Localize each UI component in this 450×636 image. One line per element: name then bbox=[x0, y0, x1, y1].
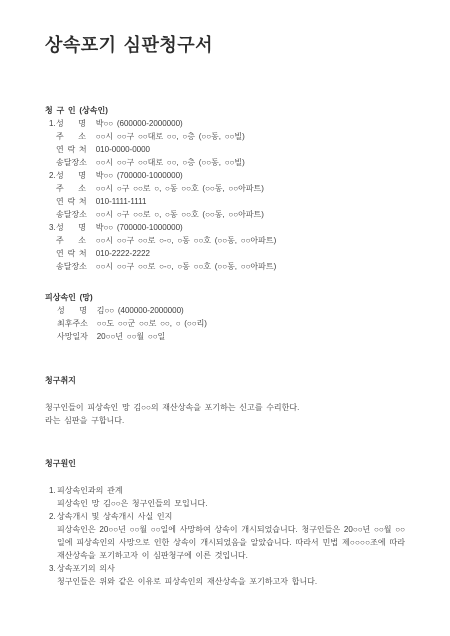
cause-item-1: 1. 피상속인과의 관계 피상속인 망 김○○은 청구인들의 모입니다. bbox=[45, 484, 405, 510]
cause-item-2-number: 2. bbox=[49, 510, 56, 523]
cause-item-2-body: 피상속인은 20○○년 ○○월 ○○일에 사망하여 상속이 개시되었습니다. 청… bbox=[57, 523, 405, 562]
purport-line-1: 청구인들이 피상속인 망 김○○의 재산상속을 포기하는 신고를 수리한다. bbox=[45, 401, 405, 414]
deceased-name-row: 성 명 김○○ (400000-2000000) bbox=[45, 304, 405, 317]
claimants-heading: 청 구 인 (상속인) bbox=[45, 104, 405, 117]
purport-line-2: 라는 심판을 구합니다. bbox=[45, 414, 405, 427]
cause-item-3-body: 청구인들은 위와 같은 이유로 피상속인의 재산상속을 포기하고자 합니다. bbox=[57, 575, 405, 588]
cause-section: 청구원인 1. 피상속인과의 관계 피상속인 망 김○○은 청구인들의 모입니다… bbox=[45, 457, 405, 588]
cause-item-1-number: 1. bbox=[49, 484, 56, 497]
phone-value: 010-2222-2222 bbox=[96, 249, 150, 258]
address-value: ○○시 ○구 ○○로 ○, ○동 ○○호 (○○동, ○○아파트) bbox=[96, 184, 264, 193]
name-label: 성 명 bbox=[56, 221, 86, 234]
claimant-1-address-row: 주 소 ○○시 ○○구 ○○대로 ○○, ○층 (○○동, ○○빌) bbox=[45, 130, 405, 143]
name-label: 성 명 bbox=[56, 169, 86, 182]
cause-item-1-title: 피상속인과의 관계 bbox=[57, 484, 405, 497]
address-label: 주 소 bbox=[56, 182, 86, 195]
service-address-value: ○○시 ○구 ○○로 ○, ○동 ○○호 (○○동, ○○아파트) bbox=[96, 210, 264, 219]
cause-item-3: 3. 상속포기의 의사 청구인들은 위와 같은 이유로 피상속인의 재산상속을 … bbox=[45, 562, 405, 588]
claimant-3-name-row: 3. 성 명 박○○ (700000-1000000) bbox=[45, 221, 405, 234]
phone-label: 연 락 처 bbox=[56, 247, 86, 260]
cause-item-3-title: 상속포기의 의사 bbox=[57, 562, 405, 575]
cause-item-1-body: 피상속인 망 김○○은 청구인들의 모입니다. bbox=[57, 497, 405, 510]
service-address-label: 송달장소 bbox=[56, 156, 86, 169]
service-address-label: 송달장소 bbox=[56, 208, 86, 221]
service-address-label: 송달장소 bbox=[56, 260, 86, 273]
claimant-2-service-address-row: 송달장소 ○○시 ○구 ○○로 ○, ○동 ○○호 (○○동, ○○아파트) bbox=[45, 208, 405, 221]
claimant-1: 1. 성 명 박○○ (600000-2000000) 주 소 ○○시 ○○구 … bbox=[45, 117, 405, 169]
document-title: 상속포기 심판청구서 bbox=[45, 0, 405, 57]
claimant-3-number: 3. bbox=[49, 221, 56, 234]
document-page: 상속포기 심판청구서 청 구 인 (상속인) 1. 성 명 박○○ (60000… bbox=[0, 0, 450, 636]
address-label: 주 소 bbox=[56, 130, 86, 143]
name-label: 성 명 bbox=[57, 304, 87, 317]
claimant-3-service-address-row: 송달장소 ○○시 ○○구 ○○로 ○-○, ○동 ○○호 (○○동, ○○아파트… bbox=[45, 260, 405, 273]
cause-item-2-title: 상속개시 및 상속개시 사실 인지 bbox=[57, 510, 405, 523]
deceased-section: 피상속인 (망) 성 명 김○○ (400000-2000000) 최후주소 ○… bbox=[45, 291, 405, 343]
phone-value: 010-0000-0000 bbox=[96, 145, 150, 154]
cause-item-2: 2. 상속개시 및 상속개시 사실 인지 피상속인은 20○○년 ○○월 ○○일… bbox=[45, 510, 405, 562]
claimant-1-number: 1. bbox=[49, 117, 56, 130]
cause-heading: 청구원인 bbox=[45, 457, 405, 470]
cause-items: 1. 피상속인과의 관계 피상속인 망 김○○은 청구인들의 모입니다. 2. … bbox=[45, 484, 405, 588]
phone-value: 010-1111-1111 bbox=[96, 197, 147, 206]
purport-paragraph: 청구인들이 피상속인 망 김○○의 재산상속을 포기하는 신고를 수리한다. 라… bbox=[45, 401, 405, 427]
claimant-2-address-row: 주 소 ○○시 ○구 ○○로 ○, ○동 ○○호 (○○동, ○○아파트) bbox=[45, 182, 405, 195]
claimants-section: 청 구 인 (상속인) 1. 성 명 박○○ (600000-2000000) … bbox=[45, 104, 405, 273]
service-address-value: ○○시 ○○구 ○○로 ○-○, ○동 ○○호 (○○동, ○○아파트) bbox=[96, 262, 277, 271]
deceased-last-address-row: 최후주소 ○○도 ○○군 ○○로 ○○, ○ (○○리) bbox=[45, 317, 405, 330]
death-date-value: 20○○년 ○○월 ○○일 bbox=[97, 332, 166, 341]
purport-heading: 청구취지 bbox=[45, 374, 405, 387]
phone-label: 연 락 처 bbox=[56, 143, 86, 156]
name-label: 성 명 bbox=[56, 117, 86, 130]
claimant-2-phone-row: 연 락 처 010-1111-1111 bbox=[45, 195, 405, 208]
name-value: 박○○ (700000-1000000) bbox=[96, 223, 183, 232]
purport-section: 청구취지 청구인들이 피상속인 망 김○○의 재산상속을 포기하는 신고를 수리… bbox=[45, 374, 405, 427]
claimant-1-phone-row: 연 락 처 010-0000-0000 bbox=[45, 143, 405, 156]
claimant-1-service-address-row: 송달장소 ○○시 ○○구 ○○대로 ○○, ○층 (○○동, ○○빌) bbox=[45, 156, 405, 169]
last-address-label: 최후주소 bbox=[57, 317, 87, 330]
deceased-heading: 피상속인 (망) bbox=[45, 291, 405, 304]
claimant-1-name-row: 1. 성 명 박○○ (600000-2000000) bbox=[45, 117, 405, 130]
address-label: 주 소 bbox=[56, 234, 86, 247]
last-address-value: ○○도 ○○군 ○○로 ○○, ○ (○○리) bbox=[97, 319, 207, 328]
claimant-3: 3. 성 명 박○○ (700000-1000000) 주 소 ○○시 ○○구 … bbox=[45, 221, 405, 273]
name-value: 박○○ (600000-2000000) bbox=[96, 119, 183, 128]
name-value: 김○○ (400000-2000000) bbox=[97, 306, 184, 315]
claimant-2-number: 2. bbox=[49, 169, 56, 182]
claimant-3-phone-row: 연 락 처 010-2222-2222 bbox=[45, 247, 405, 260]
death-date-label: 사망일자 bbox=[57, 330, 87, 343]
claimant-2: 2. 성 명 박○○ (700000-1000000) 주 소 ○○시 ○구 ○… bbox=[45, 169, 405, 221]
service-address-value: ○○시 ○○구 ○○대로 ○○, ○층 (○○동, ○○빌) bbox=[96, 158, 245, 167]
address-value: ○○시 ○○구 ○○대로 ○○, ○층 (○○동, ○○빌) bbox=[96, 132, 245, 141]
phone-label: 연 락 처 bbox=[56, 195, 86, 208]
claimant-2-name-row: 2. 성 명 박○○ (700000-1000000) bbox=[45, 169, 405, 182]
cause-item-3-number: 3. bbox=[49, 562, 56, 575]
claimant-3-address-row: 주 소 ○○시 ○○구 ○○로 ○-○, ○동 ○○호 (○○동, ○○아파트) bbox=[45, 234, 405, 247]
name-value: 박○○ (700000-1000000) bbox=[96, 171, 183, 180]
deceased-death-date-row: 사망일자 20○○년 ○○월 ○○일 bbox=[45, 330, 405, 343]
address-value: ○○시 ○○구 ○○로 ○-○, ○동 ○○호 (○○동, ○○아파트) bbox=[96, 236, 277, 245]
